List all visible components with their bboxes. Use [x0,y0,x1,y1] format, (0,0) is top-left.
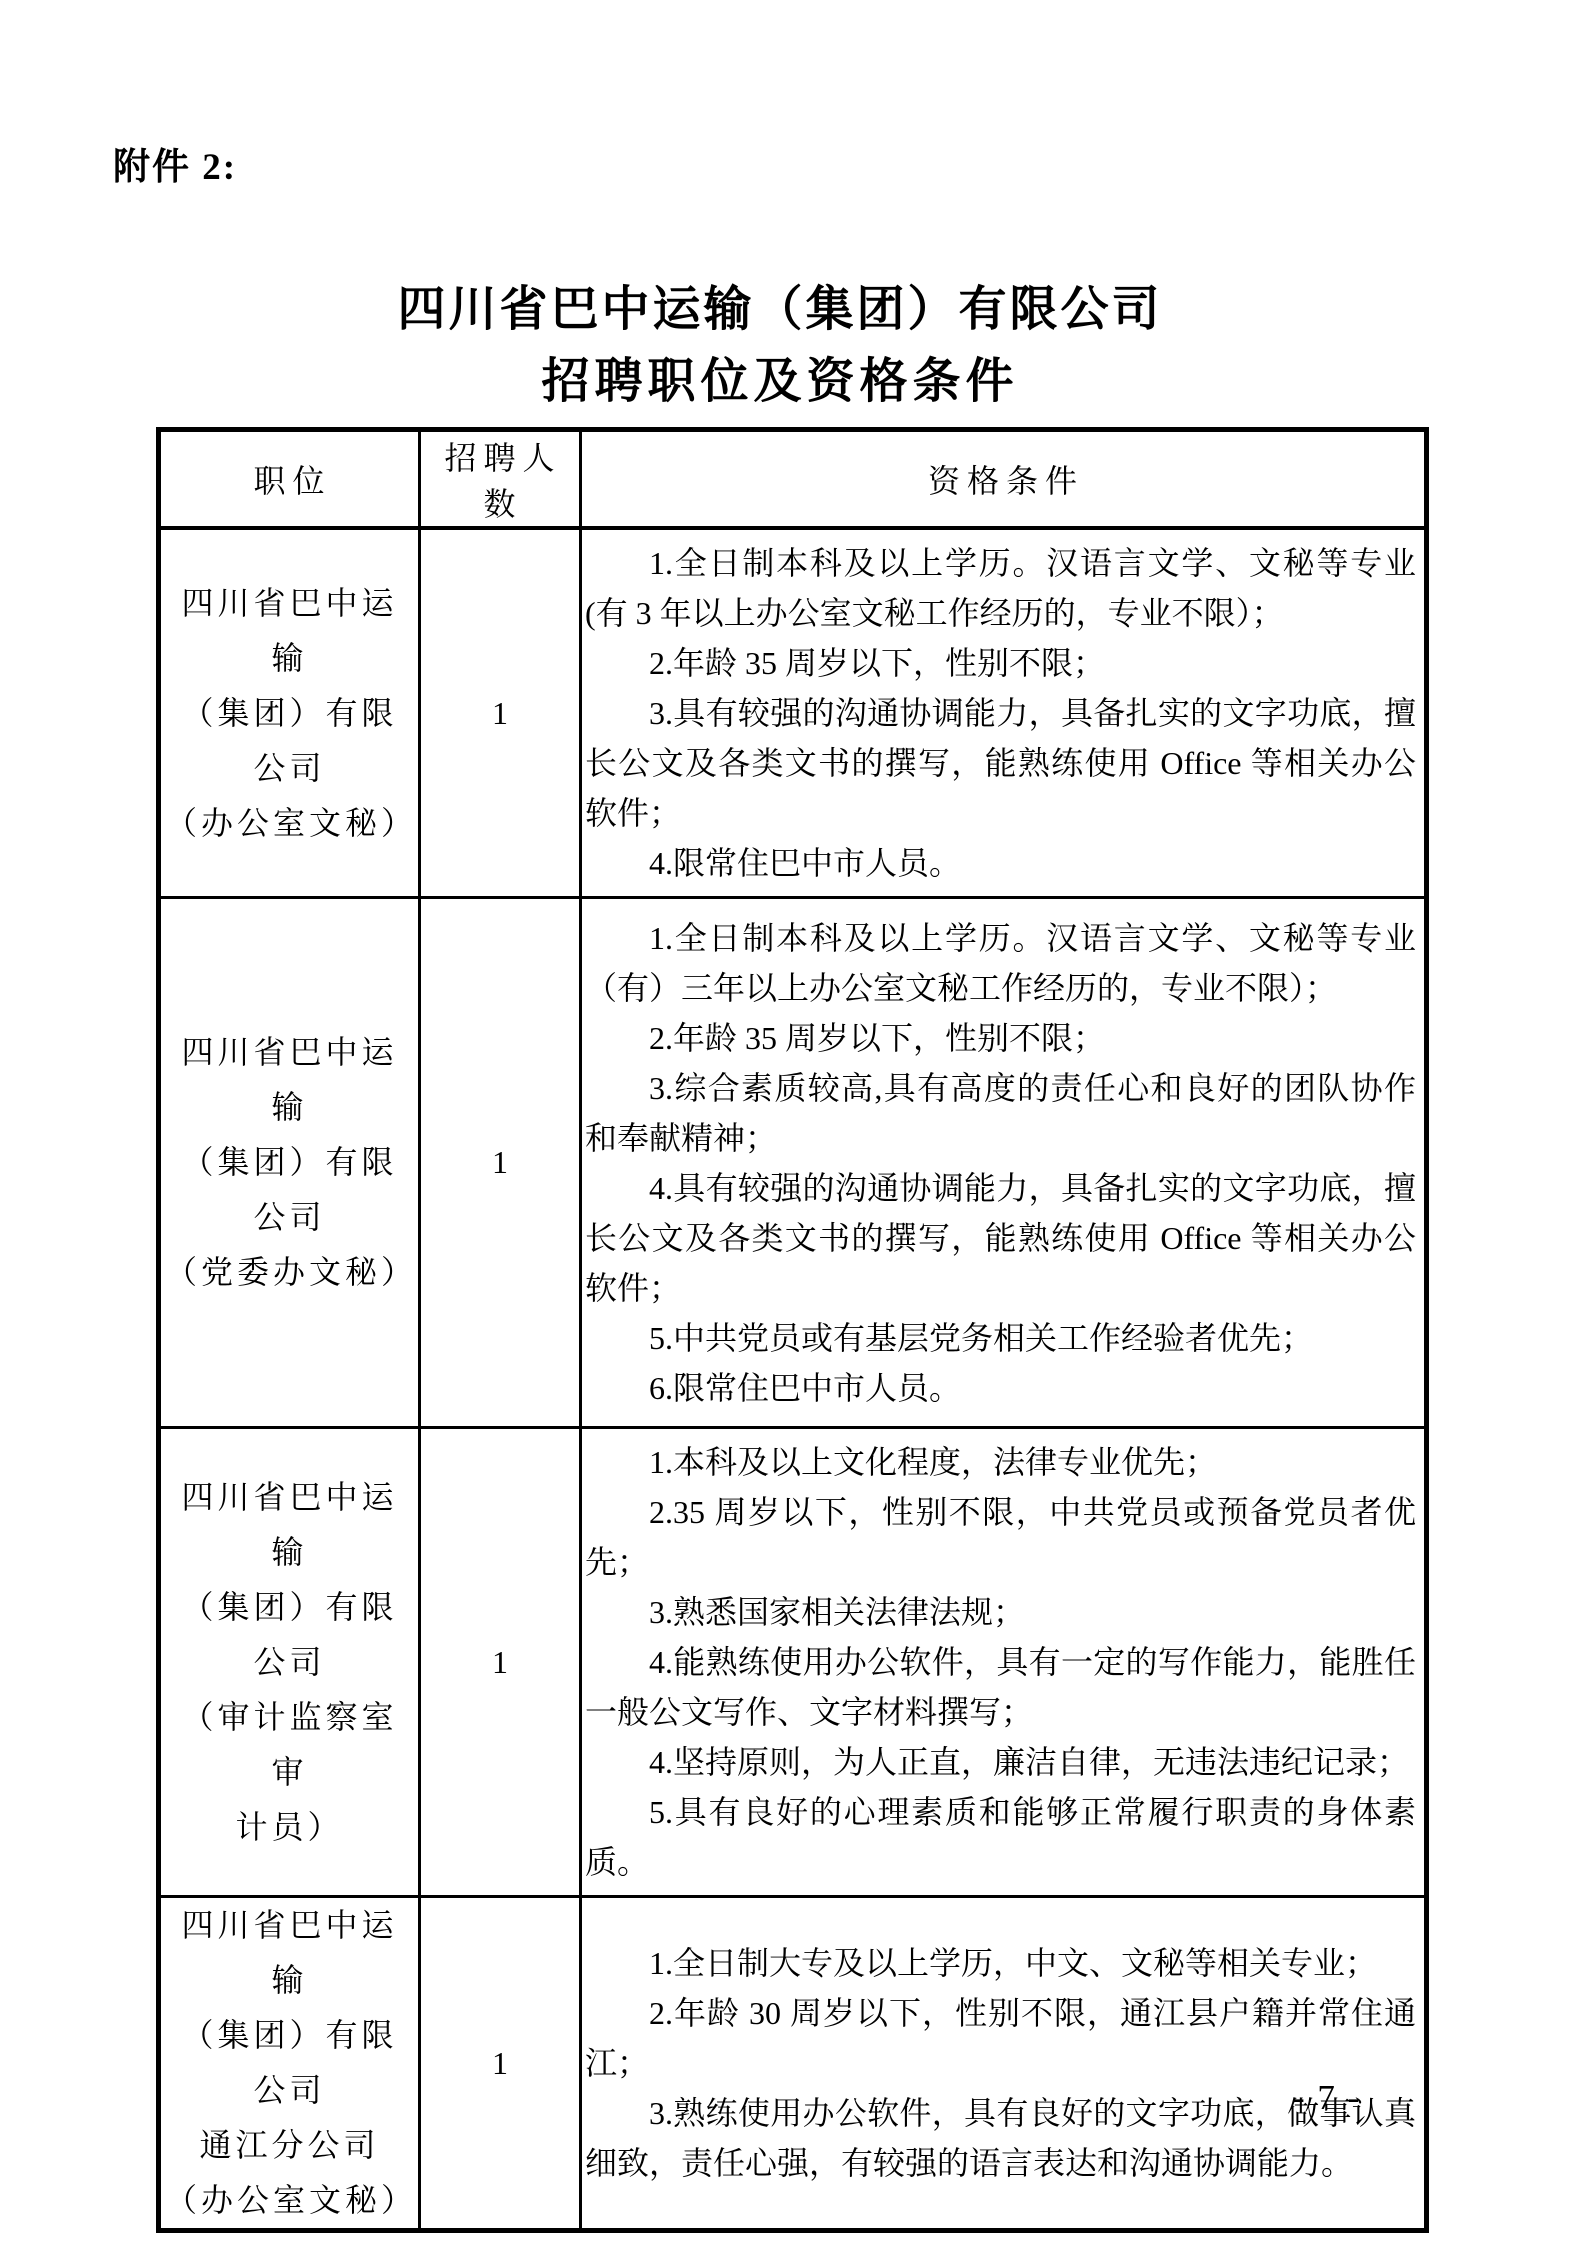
page-number: - 7 - [1293,2078,1361,2118]
qualification-item: 2.年龄 35 周岁以下，性别不限； [585,1013,1416,1063]
qualification-item: 1.全日制大专及以上学历，中文、文秘等相关专业； [585,1938,1416,1988]
position-line: （集团）有限公司 [165,1580,414,1690]
qualification-item: 2.年龄 35 周岁以下，性别不限； [585,638,1416,688]
qualifications-cell: 1.本科及以上文化程度，法律专业优先； 2.35 周岁以下，性别不限，中共党员或… [581,1428,1427,1897]
qualification-item: 6.限常住巴中市人员。 [585,1363,1416,1413]
qualification-item: 3.熟悉国家相关法律法规； [585,1587,1416,1637]
header-count: 招聘人数 [420,430,581,529]
count-cell: 1 [420,528,581,898]
table-row: 四川省巴中运输 （集团）有限公司 （党委办文秘） 1 1.全日制本科及以上学历。… [159,898,1427,1428]
qualification-item: 3.熟练使用办公软件，具有良好的文字功底，做事认真细致，责任心强，有较强的语言表… [585,2088,1416,2188]
position-line: 四川省巴中运输 [165,1025,414,1135]
position-cell: 四川省巴中运输 （集团）有限公司 （办公室文秘） [159,528,420,898]
table-row: 四川省巴中运输 （集团）有限公司 （办公室文秘） 1 1.全日制本科及以上学历。… [159,528,1427,898]
qualifications-cell: 1.全日制本科及以上学历。汉语言文学、文秘等专业(有 3 年以上办公室文秘工作经… [581,528,1427,898]
position-line: （集团）有限公司 [165,686,414,796]
qualification-item: 5.中共党员或有基层党务相关工作经验者优先； [585,1313,1416,1363]
position-line: （审计监察室审 [165,1690,414,1800]
position-line: 四川省巴中运输 [165,1470,414,1580]
qualification-item: 4.能熟练使用办公软件，具有一定的写作能力，能胜任一般公文写作、文字材料撰写； [585,1637,1416,1737]
attachment-label: 附件 2: [113,136,237,190]
document-title-line1: 四川省巴中运输（集团）有限公司 [0,270,1560,339]
qualification-item: 2.年龄 30 周岁以下，性别不限，通江县户籍并常住通江； [585,1988,1416,2088]
qualification-item: 1.全日制本科及以上学历。汉语言文学、文秘等专业(有 3 年以上办公室文秘工作经… [585,538,1416,638]
count-cell: 1 [420,1897,581,2231]
position-line: （办公室文秘） [165,796,414,851]
qualification-item: 3.具有较强的沟通协调能力，具备扎实的文字功底，擅长公文及各类文书的撰写，能熟练… [585,688,1416,838]
recruitment-table: 职位 招聘人数 资格条件 四川省巴中运输 （集团）有限公司 （办公室文秘） 1 … [156,427,1429,2233]
position-line: （办公室文秘） [165,2173,414,2228]
position-cell: 四川省巴中运输 （集团）有限公司 通江分公司 （办公室文秘） [159,1897,420,2231]
qualification-item: 1.全日制本科及以上学历。汉语言文学、文秘等专业（有）三年以上办公室文秘工作经历… [585,913,1416,1013]
header-qualifications: 资格条件 [581,430,1427,529]
position-line: 四川省巴中运输 [165,1898,414,2008]
qualifications-cell: 1.全日制本科及以上学历。汉语言文学、文秘等专业（有）三年以上办公室文秘工作经历… [581,898,1427,1428]
position-line: 计员） [165,1800,414,1855]
table-row: 四川省巴中运输 （集团）有限公司 （审计监察室审 计员） 1 1.本科及以上文化… [159,1428,1427,1897]
qualification-item: 4.具有较强的沟通协调能力，具备扎实的文字功底，擅长公文及各类文书的撰写，能熟练… [585,1163,1416,1313]
position-cell: 四川省巴中运输 （集团）有限公司 （党委办文秘） [159,898,420,1428]
qualification-item: 4.限常住巴中市人员。 [585,838,1416,888]
position-line: 四川省巴中运输 [165,576,414,686]
position-line: 通江分公司 [165,2118,414,2173]
position-line: （集团）有限公司 [165,1135,414,1245]
qualification-item: 4.坚持原则，为人正直，廉洁自律，无违法违纪记录； [585,1737,1416,1787]
qualifications-cell: 1.全日制大专及以上学历，中文、文秘等相关专业； 2.年龄 30 周岁以下，性别… [581,1897,1427,2231]
table-row: 四川省巴中运输 （集团）有限公司 通江分公司 （办公室文秘） 1 1.全日制大专… [159,1897,1427,2231]
table-header-row: 职位 招聘人数 资格条件 [159,430,1427,529]
qualification-item: 1.本科及以上文化程度，法律专业优先； [585,1437,1416,1487]
qualification-item: 3.综合素质较高,具有高度的责任心和良好的团队协作和奉献精神； [585,1063,1416,1163]
count-cell: 1 [420,898,581,1428]
qualification-item: 5.具有良好的心理素质和能够正常履行职责的身体素质。 [585,1787,1416,1887]
position-line: （集团）有限公司 [165,2008,414,2118]
header-position: 职位 [159,430,420,529]
position-line: （党委办文秘） [165,1245,414,1300]
count-cell: 1 [420,1428,581,1897]
position-cell: 四川省巴中运输 （集团）有限公司 （审计监察室审 计员） [159,1428,420,1897]
qualification-item: 2.35 周岁以下，性别不限，中共党员或预备党员者优先； [585,1487,1416,1587]
document-title-line2: 招聘职位及资格条件 [0,342,1560,411]
